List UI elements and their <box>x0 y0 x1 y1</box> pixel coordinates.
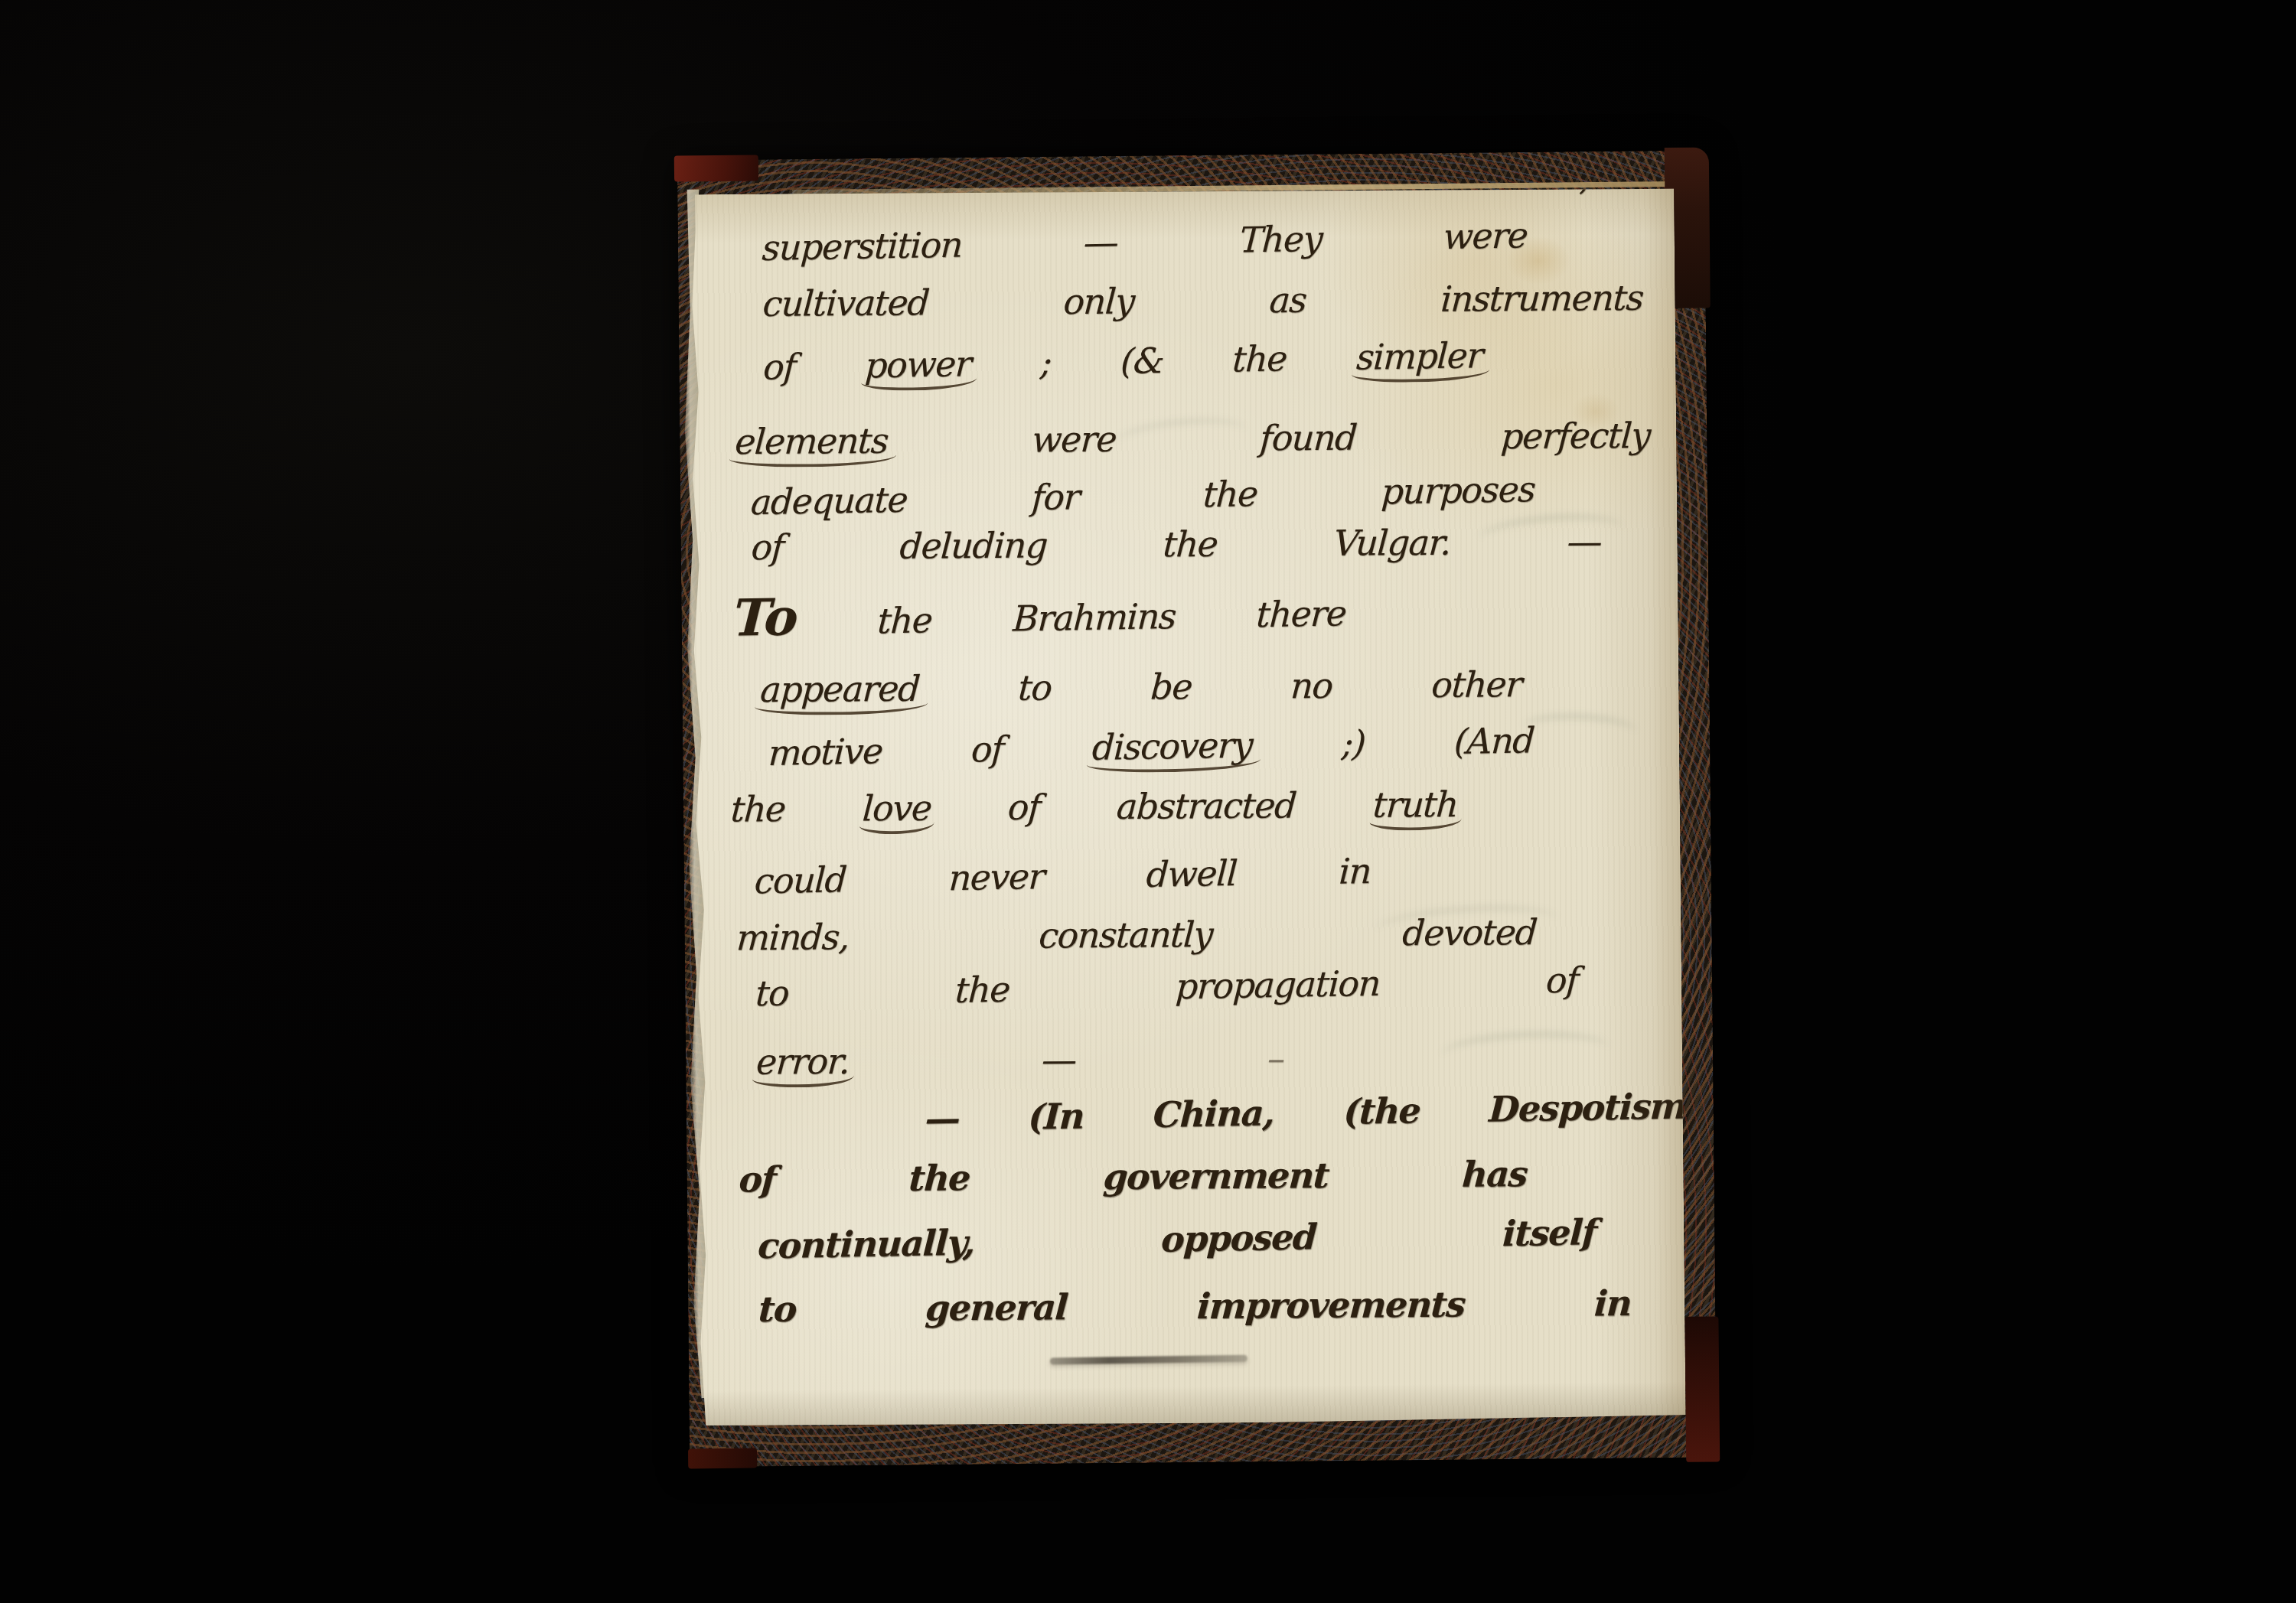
word: of <box>1545 959 1580 1001</box>
word: Despotism <box>1489 1085 1688 1129</box>
word: superstition <box>761 224 963 269</box>
word: propagation <box>1175 963 1381 1007</box>
word: general <box>925 1286 1069 1328</box>
word: the <box>908 1157 971 1199</box>
underlined-word: truth <box>1372 784 1459 826</box>
word: They <box>1238 218 1322 261</box>
word: – <box>1267 1038 1286 1079</box>
handwritten-line: TotheBrahminsthere <box>733 578 1346 643</box>
word: (the <box>1342 1090 1421 1132</box>
handwritten-line: error.—– <box>756 1038 1284 1096</box>
word: found <box>1259 417 1358 459</box>
word: ; <box>1039 341 1052 383</box>
handwritten-line: cultivatedonlyasinstruments <box>762 277 1642 338</box>
word: the <box>954 969 1010 1011</box>
underlined-word: simpler <box>1355 334 1484 378</box>
word: cultivated <box>762 282 930 324</box>
word: improvements <box>1195 1284 1466 1327</box>
word: Brahmins <box>1012 595 1176 640</box>
word: continually, <box>757 1222 976 1267</box>
scene-background: superstition—Theywere’cultivatedonlyasin… <box>0 0 2296 1603</box>
underlined-word: error. <box>755 1041 850 1083</box>
handwritten-line: appearedtobenoother <box>760 663 1521 724</box>
word: of <box>738 1158 777 1200</box>
word: abstracted <box>1116 784 1298 827</box>
word: itself <box>1502 1211 1597 1254</box>
word: in <box>1338 850 1371 892</box>
word: (In <box>1028 1095 1085 1137</box>
leather-corner-bottom-left <box>688 1448 757 1469</box>
word: the <box>1231 337 1288 380</box>
word: — <box>1083 221 1119 263</box>
word: constantly <box>1038 914 1214 956</box>
word: as <box>1267 279 1306 321</box>
word: of <box>970 728 1005 771</box>
word: (& <box>1120 340 1165 382</box>
word: ;) <box>1340 722 1365 764</box>
word: never <box>947 855 1045 898</box>
word: of <box>750 526 784 568</box>
word: were <box>1031 419 1117 461</box>
word: deluding <box>899 524 1049 566</box>
underlined-word: discovery <box>1091 724 1254 768</box>
word: could <box>753 859 847 901</box>
underlined-word: power <box>864 343 972 386</box>
word: — <box>1565 520 1602 562</box>
word: the <box>1202 473 1259 515</box>
handwritten-line: theloveofabstractedtruth <box>731 784 1458 844</box>
leather-corner-top-left <box>674 155 758 181</box>
underlined-word: appeared <box>759 668 921 710</box>
word: has <box>1461 1153 1528 1195</box>
word: to <box>758 1289 797 1330</box>
word: dwell <box>1145 852 1238 895</box>
word: to <box>1017 666 1053 708</box>
word: — <box>924 1097 960 1139</box>
word: To <box>732 587 799 647</box>
word: only <box>1062 281 1135 323</box>
handwritten-line: togeneralimprovementsin <box>758 1282 1631 1344</box>
word: (And <box>1453 719 1534 762</box>
underlined-word: elements <box>734 420 889 462</box>
word: China, <box>1153 1092 1276 1135</box>
word: there <box>1255 592 1347 635</box>
word: of <box>762 346 797 388</box>
handwritten-line: —(InChina,(theDespotism <box>925 1085 1687 1152</box>
word: other <box>1430 663 1523 705</box>
handwritten-line: ofthegovernmenthas <box>739 1153 1527 1214</box>
word: devoted <box>1401 911 1538 953</box>
word: of <box>1006 787 1041 828</box>
word: be <box>1150 666 1193 707</box>
word: opposed <box>1159 1216 1316 1259</box>
word: — <box>1040 1039 1077 1080</box>
word: for <box>1030 476 1080 518</box>
word: Vulgar. <box>1332 522 1452 564</box>
word: no <box>1290 665 1334 706</box>
word: the <box>729 788 786 830</box>
handwritten-line: superstition—Theywere’ <box>762 214 1528 282</box>
word: purposes <box>1381 468 1536 512</box>
handwritten-line: elementswerefoundperfectly <box>735 415 1649 476</box>
word: instruments <box>1440 277 1645 320</box>
handwritten-line: couldneverdwellin <box>754 850 1371 915</box>
word: government <box>1102 1155 1330 1197</box>
word: motive <box>768 730 884 774</box>
word: adequate <box>750 479 908 523</box>
leather-corner-bottom-right <box>1684 1316 1720 1461</box>
handwritten-line: ofdeludingtheVulgar.— <box>752 520 1601 582</box>
word: the <box>1162 523 1218 565</box>
manuscript-page: superstition—Theywere’cultivatedonlyasin… <box>685 185 1685 1428</box>
word: perfectly <box>1499 415 1651 457</box>
word: in <box>1593 1282 1632 1324</box>
word: were <box>1442 214 1528 257</box>
handwritten-line: continually,opposeditself <box>758 1211 1596 1280</box>
handwritten-line: ofpower;(&thesimpler <box>763 334 1483 402</box>
notebook: superstition—Theywere’cultivatedonlyasin… <box>677 151 1717 1468</box>
word: the <box>877 599 934 641</box>
word: minds, <box>735 916 850 958</box>
word: to <box>755 973 790 1015</box>
underlined-word: love <box>861 787 932 829</box>
handwriting-layer: superstition—Theywere’cultivatedonlyasin… <box>685 185 1685 1428</box>
handwritten-line: motiveofdiscovery;)(And <box>768 719 1534 787</box>
photograph-of-manuscript: { "colors": { "background": "#050404", "… <box>0 0 2296 1603</box>
